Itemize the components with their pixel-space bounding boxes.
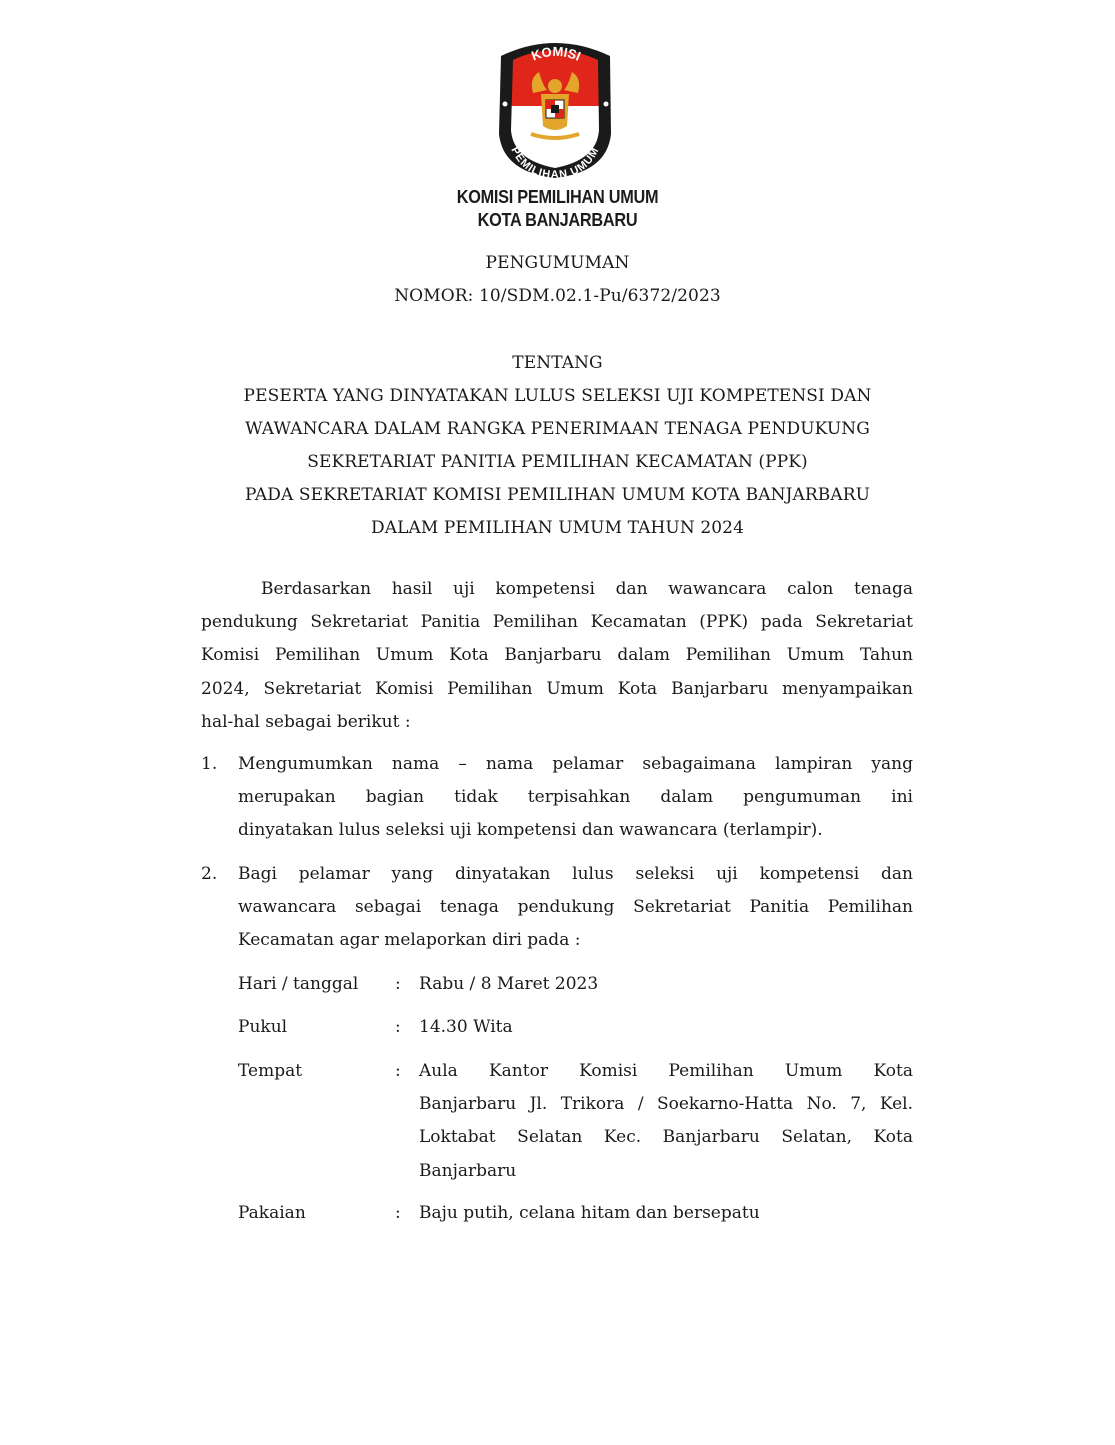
detail-colon: :	[395, 1197, 401, 1230]
detail-value: 14.30 Wita	[419, 1011, 913, 1044]
list-number: 1.	[201, 748, 217, 781]
subject-line: PESERTA YANG DINYATAKAN LULUS SELEKSI UJ…	[150, 386, 965, 406]
list-line: Bagi pelamar yang dinyatakan lulus selek…	[238, 858, 913, 891]
detail-label: Hari / tanggal	[238, 968, 358, 1001]
intro-line: pendukung Sekretariat Panitia Pemilihan …	[201, 606, 913, 639]
about-heading: TENTANG	[150, 353, 965, 373]
org-name-line1: KOMISI PEMILIHAN UMUM	[401, 186, 713, 208]
intro-line: Berdasarkan hasil uji kompetensi dan waw…	[201, 573, 913, 606]
detail-colon: :	[395, 968, 401, 1001]
org-name-line2: KOTA BANJARBARU	[401, 209, 713, 231]
subject-line: PADA SEKRETARIAT KOMISI PEMILIHAN UMUM K…	[150, 485, 965, 505]
detail-colon: :	[395, 1055, 401, 1088]
detail-label: Pukul	[238, 1011, 287, 1044]
list-number: 2.	[201, 858, 217, 891]
detail-label: Pakaian	[238, 1197, 306, 1230]
list-line: wawancara sebagai tenaga pendukung Sekre…	[238, 891, 913, 924]
subject-line: SEKRETARIAT PANITIA PEMILIHAN KECAMATAN …	[150, 452, 965, 472]
detail-value-line: Loktabat Selatan Kec. Banjarbaru Selatan…	[419, 1121, 913, 1154]
detail-label: Tempat	[238, 1055, 302, 1088]
doc-type: PENGUMUMAN	[150, 253, 965, 273]
list-line: merupakan bagian tidak terpisahkan dalam…	[238, 781, 913, 814]
intro-line: hal-hal sebagai berikut :	[201, 706, 913, 739]
detail-value-line: Banjarbaru Jl. Trikora / Soekarno-Hatta …	[419, 1088, 913, 1121]
list-line: Mengumumkan nama – nama pelamar sebagaim…	[238, 748, 913, 781]
detail-value-line: Banjarbaru	[419, 1155, 913, 1188]
intro-line: 2024, Sekretariat Komisi Pemilihan Umum …	[201, 673, 913, 706]
subject-line: WAWANCARA DALAM RANGKA PENERIMAAN TENAGA…	[150, 419, 965, 439]
kpu-garuda-emblem-icon: KOMISI PEMILIHAN UMUM	[493, 38, 618, 178]
detail-value: Baju putih, celana hitam dan bersepatu	[419, 1197, 913, 1230]
detail-value: Rabu / 8 Maret 2023	[419, 968, 913, 1001]
detail-value-line: Aula Kantor Komisi Pemilihan Umum Kota	[419, 1055, 913, 1088]
announcement-page: KOMISI PEMILIHAN UMUM KOMISI PEMILIHAN U…	[0, 0, 1115, 1445]
list-line: Kecamatan agar melaporkan diri pada :	[238, 924, 913, 957]
list-line: dinyatakan lulus seleksi uji kompetensi …	[238, 814, 913, 847]
intro-line: Komisi Pemilihan Umum Kota Banjarbaru da…	[201, 639, 913, 672]
detail-colon: :	[395, 1011, 401, 1044]
intro-paragraph: Berdasarkan hasil uji kompetensi dan waw…	[201, 573, 913, 739]
doc-number: NOMOR: 10/SDM.02.1-Pu/6372/2023	[150, 286, 965, 306]
subject-line: DALAM PEMILIHAN UMUM TAHUN 2024	[150, 518, 965, 538]
